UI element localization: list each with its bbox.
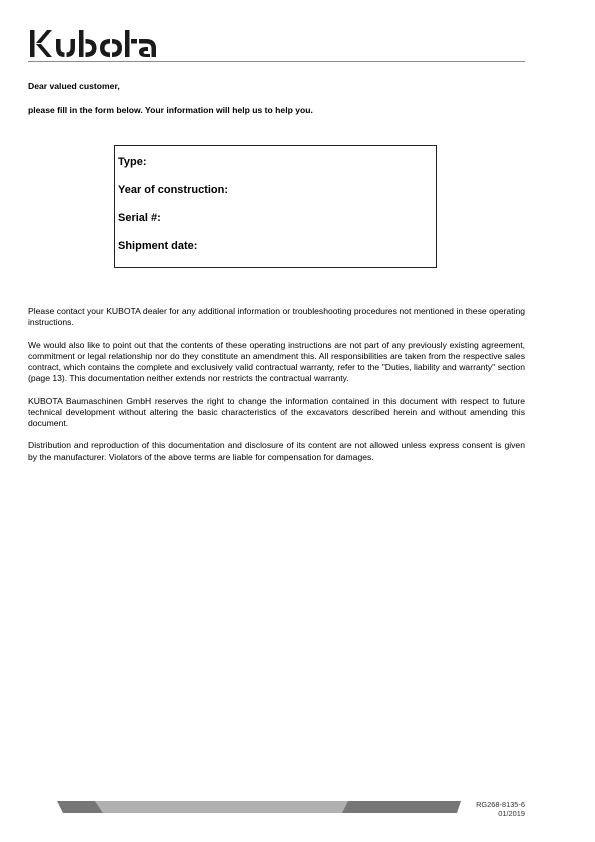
footer-bar-dark-left [57,801,103,813]
field-serial-number[interactable]: Serial #: [118,212,161,224]
kubota-logo-icon [30,29,160,59]
machine-info-form: Type: Year of construction: Serial #: Sh… [114,145,437,268]
footer-bar-dark-right [342,801,461,813]
document-info: RG268-8135-6 01/2019 [476,800,525,818]
document-date: 01/2019 [476,809,525,818]
body-text: Please contact your KUBOTA dealer for an… [28,306,525,474]
paragraph-distribution: Distribution and reproduction of this do… [28,440,525,462]
field-shipment-date[interactable]: Shipment date: [118,240,197,252]
paragraph-rights-reserved: KUBOTA Baumaschinen GmbH reserves the ri… [28,396,525,430]
field-year-of-construction[interactable]: Year of construction: [118,184,228,196]
form-instruction: please fill in the form below. Your info… [28,105,313,115]
salutation: Dear valued customer, [28,81,120,91]
paragraph-contact-dealer: Please contact your KUBOTA dealer for an… [28,306,525,328]
footer-decorative-bar [55,801,467,813]
paragraph-warranty: We would also like to point out that the… [28,340,525,385]
footer-bar-light [95,801,348,813]
field-type[interactable]: Type: [118,156,147,168]
header-rule [28,61,525,62]
document-number: RG268-8135-6 [476,800,525,809]
